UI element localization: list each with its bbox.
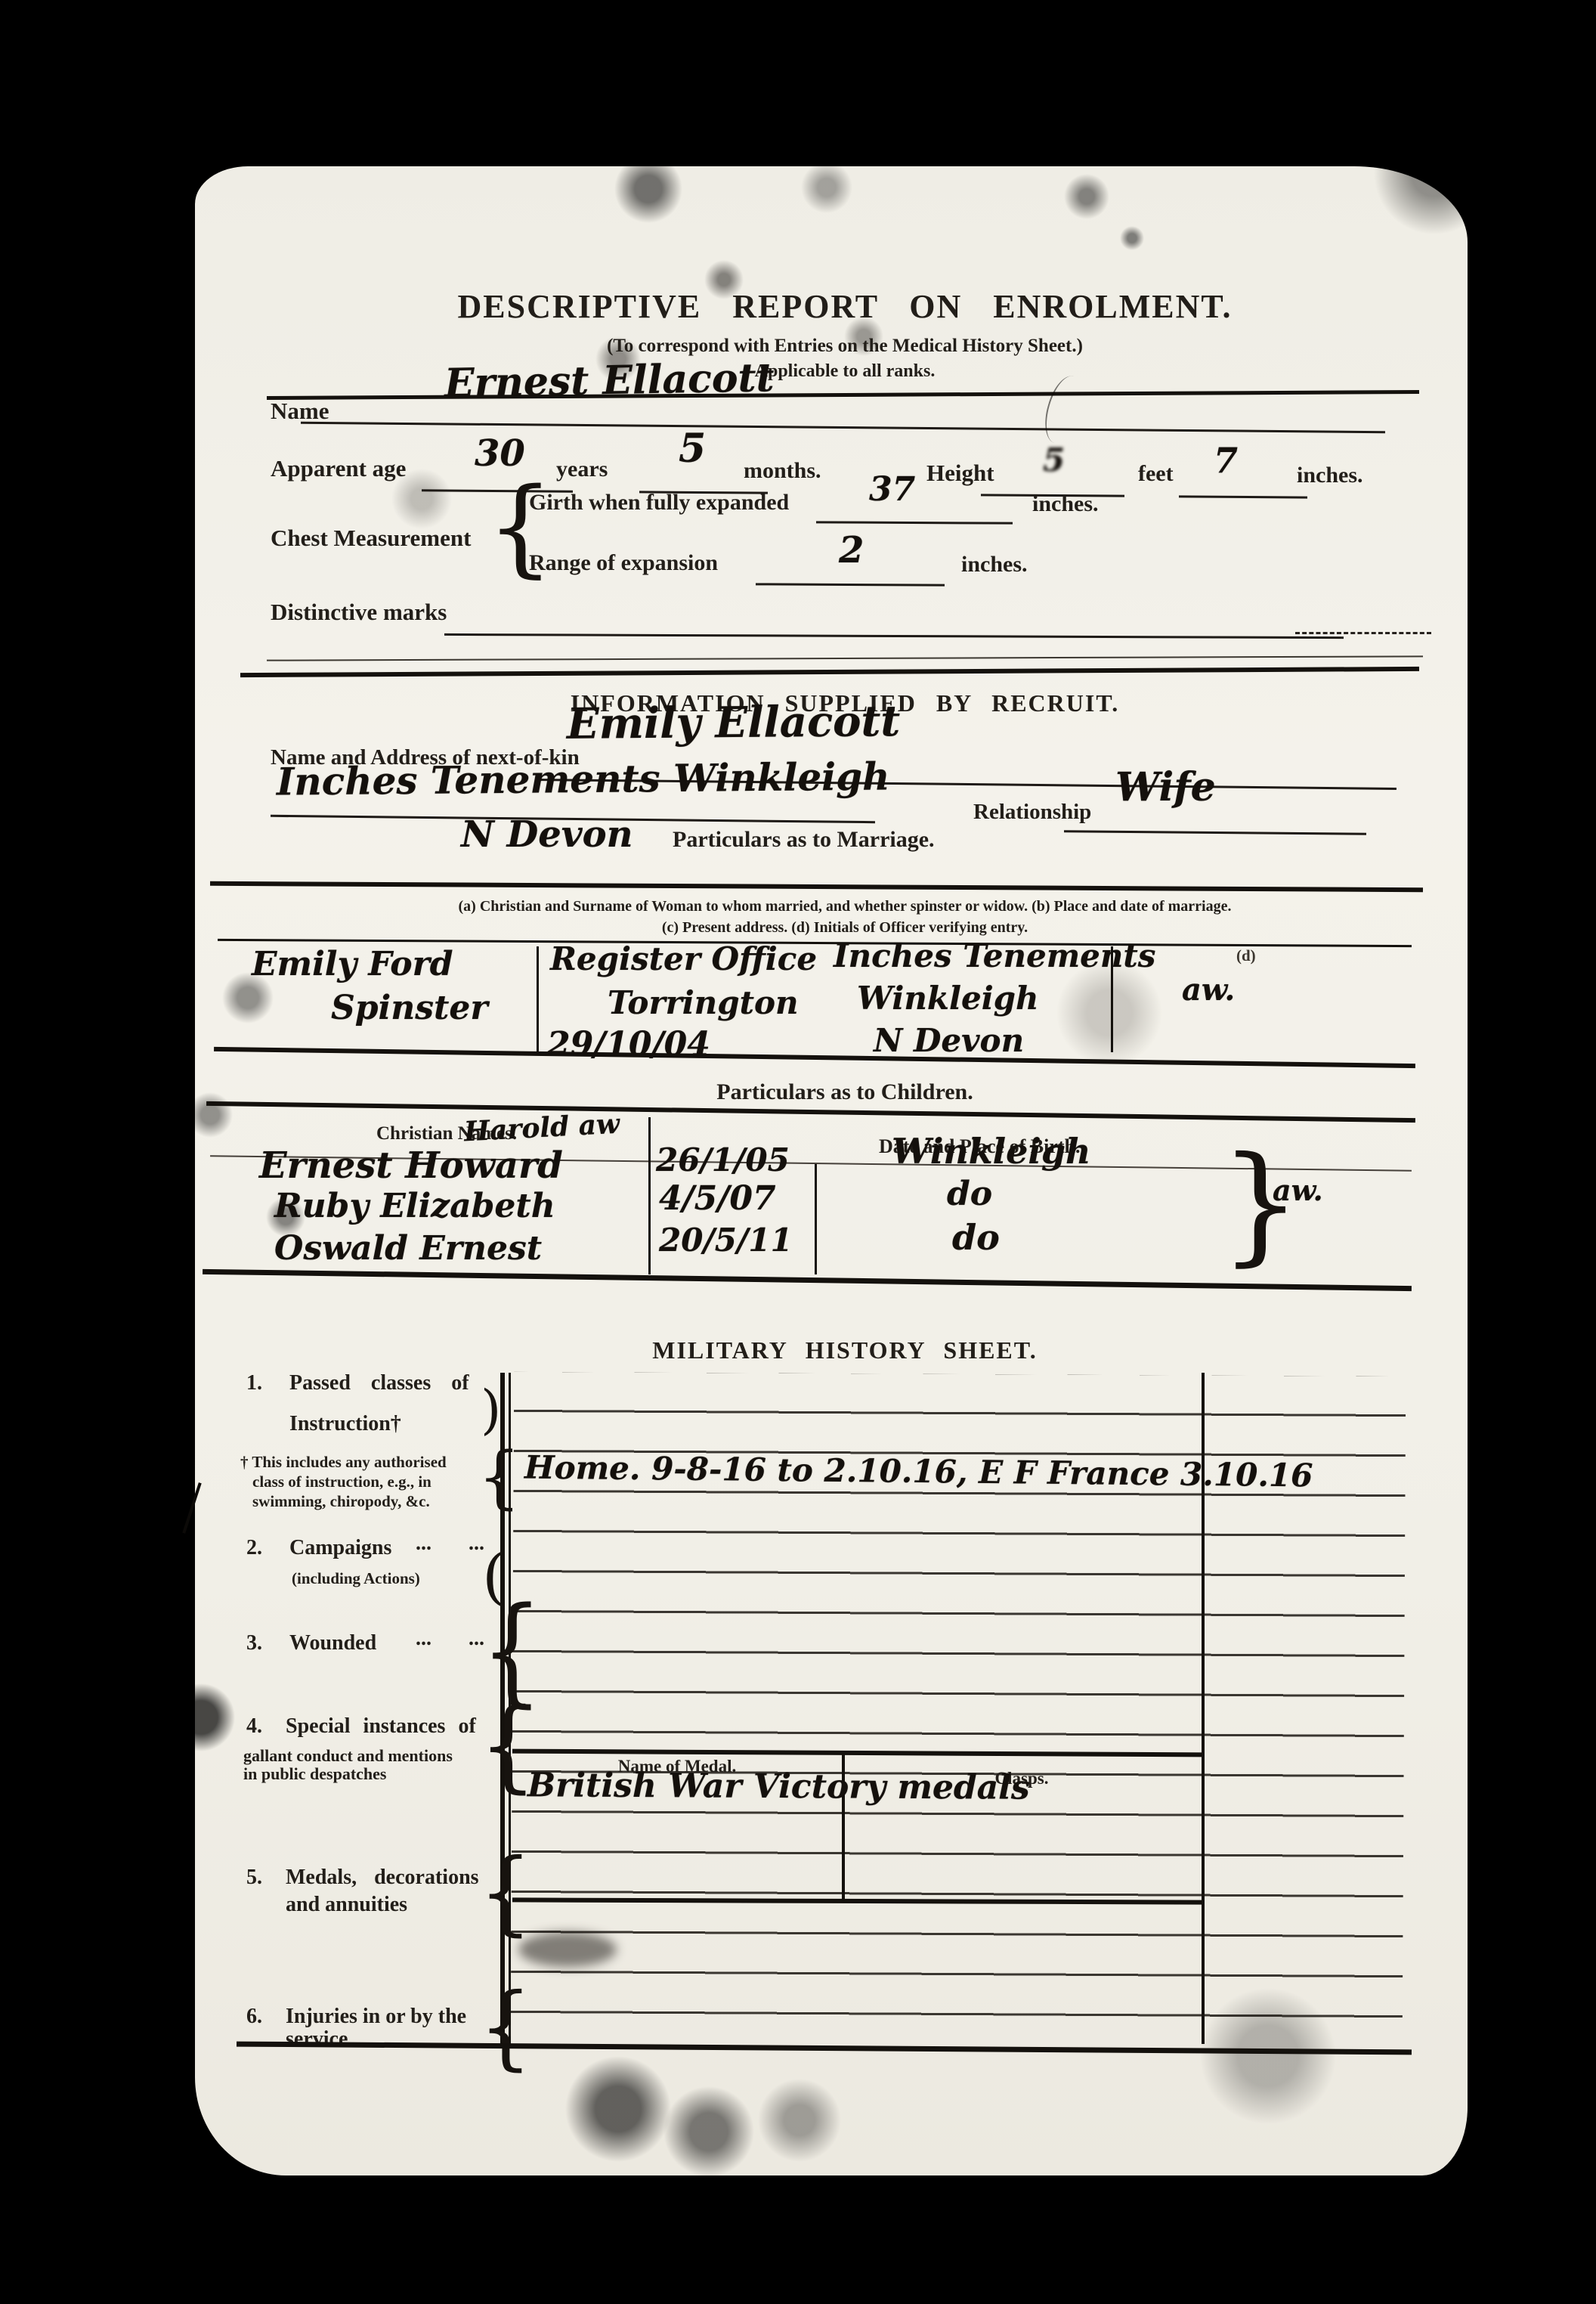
marriage-address3-handwritten: N Devon	[874, 1025, 1024, 1057]
child-row-1-date-handwritten: 26/1/05	[656, 1144, 790, 1176]
months-unit-label: months.	[744, 458, 821, 484]
child-row-3-place-handwritten: do	[952, 1220, 1000, 1255]
girth-label: Girth when fully expanded	[529, 490, 789, 516]
child-row-2-date-handwritten: 4/5/07	[659, 1182, 776, 1215]
military-item1-line2: Instruction†	[289, 1412, 401, 1436]
relationship-label: Relationship	[973, 800, 1091, 825]
child-row-1-name-handwritten: Ernest Howard	[259, 1147, 563, 1184]
military-item1-note-line2: class of instruction, e.g., in	[252, 1473, 431, 1491]
military-item2-number: 2.	[246, 1536, 262, 1560]
marriage-heading: Particulars as to Marriage.	[673, 827, 935, 853]
child-row-2-place-handwritten: do	[947, 1178, 992, 1211]
military-item6-line2: service	[286, 2027, 348, 2052]
military-item2-label: Campaigns	[289, 1536, 391, 1560]
relationship-underline	[1064, 830, 1366, 835]
military-item3-label: Wounded	[289, 1631, 376, 1655]
marriage-d-column-label: (d)	[1236, 946, 1256, 965]
military-item5-brace: {	[479, 1847, 532, 1938]
marriage-divider-a	[537, 946, 539, 1052]
military-item2-sub: (including Actions)	[292, 1569, 420, 1588]
military-item5-number: 5.	[246, 1866, 262, 1890]
screenshot-root: { "header": { "title": "DESCRIPTIVE REPO…	[0, 0, 1596, 2304]
child-row-2-name-handwritten: Ruby Elizabeth	[274, 1190, 555, 1223]
age-months-value-handwritten: 5	[679, 429, 706, 469]
marriage-woman-name-handwritten: Emily Ford	[252, 948, 453, 981]
apparent-age-label: Apparent age	[271, 455, 406, 482]
marriage-place2-handwritten: Torrington	[608, 987, 799, 1019]
military-item6-brace: {	[479, 1981, 532, 2073]
child-row-3-name-handwritten: Oswald Ernest	[274, 1232, 542, 1265]
height-feet-value-handwritten: 5	[1043, 444, 1065, 476]
next-of-kin-name-handwritten: Emily Ellacott	[567, 700, 901, 745]
margin-pen-mark	[182, 1482, 201, 1534]
military-item6-line1: Injuries in or by the	[286, 2005, 466, 2029]
children-correction-handwritten: Harold aw	[463, 1110, 620, 1146]
rule-header	[267, 390, 1419, 400]
height-label: Height	[926, 460, 994, 487]
expansion-value-handwritten: 2	[839, 532, 864, 568]
girth-underline	[816, 521, 1013, 524]
chest-measurement-label: Chest Measurement	[271, 525, 471, 552]
rule-marriage-bottom	[214, 1047, 1415, 1068]
ink-smudge	[518, 1932, 617, 1967]
marriage-woman-status-handwritten: Spinster	[331, 992, 488, 1025]
military-item4-line1: Special instances of	[286, 1714, 476, 1739]
military-item6-number: 6.	[246, 2005, 262, 2029]
military-item5-line1: Medals, decorations	[286, 1866, 479, 1890]
rule-marriage-top	[210, 881, 1423, 892]
child-row-3-date-handwritten: 20/5/11	[659, 1225, 793, 1256]
margin-dash-line	[1295, 632, 1431, 634]
document-title: DESCRIPTIVE REPORT ON ENROLMENT.	[293, 287, 1396, 326]
document-paper: DESCRIPTIVE REPORT ON ENROLMENT. (To cor…	[195, 166, 1468, 2175]
military-item1-line1: Passed classes of	[289, 1371, 469, 1395]
document-subtitle-1: (To correspond with Entries on the Medic…	[293, 336, 1396, 357]
inches-unit-label: inches.	[1297, 463, 1363, 488]
feet-unit-label: feet	[1138, 461, 1174, 487]
military-item3-number: 3.	[246, 1631, 262, 1655]
military-item3-dots1: ...	[416, 1627, 431, 1651]
military-section-title: MILITARY HISTORY SHEET.	[293, 1336, 1396, 1364]
military-item2-dots1: ...	[416, 1531, 431, 1556]
expansion-underline	[756, 583, 945, 586]
years-unit-label: years	[556, 457, 608, 482]
military-item4-sub-line2: in public despatches	[243, 1764, 387, 1784]
name-underline	[301, 422, 1385, 434]
distinctive-marks-label: Distinctive marks	[271, 599, 447, 626]
military-item1-number: 1.	[246, 1371, 262, 1395]
expansion-label: Range of expansion	[529, 550, 718, 576]
military-item1-brace: )	[481, 1383, 501, 1436]
marriage-place1-handwritten: Register Office	[550, 943, 817, 975]
girth-unit-label: inches.	[1032, 491, 1099, 517]
height-inches-underline	[1179, 495, 1307, 498]
marriage-note-2: (c) Present address. (d) Initials of Off…	[293, 919, 1396, 937]
children-officer-initials-handwritten: aw.	[1273, 1176, 1323, 1205]
medal-entry-handwritten: British War Victory medals	[527, 1769, 1030, 1804]
relationship-value-handwritten: Wife	[1115, 768, 1216, 807]
military-item1-note-line1: † This includes any authorised	[240, 1453, 447, 1472]
marriage-address1-handwritten: Inches Tenements	[834, 940, 1155, 972]
rule-bottom	[237, 2042, 1412, 2055]
next-of-kin-address2-handwritten: N Devon	[461, 816, 633, 853]
children-divider-1	[648, 1117, 651, 1274]
military-item4-number: 4.	[246, 1714, 262, 1739]
pen-stroke-artifact	[1038, 372, 1090, 448]
military-item5-line2: and annuities	[286, 1893, 407, 1917]
rule-section-1	[240, 667, 1419, 677]
military-item1-note-brace: {	[478, 1444, 521, 1512]
campaigns-entry-handwritten: Home. 9-8-16 to 2.10.16, E F France 3.10…	[524, 1452, 1313, 1492]
name-value-handwritten: Ernest Ellacott	[444, 358, 775, 404]
name-label: Name	[271, 398, 329, 425]
military-item1-note-line3: swimming, chiropody, &c.	[252, 1492, 430, 1511]
marriage-officer-initials-handwritten: aw.	[1182, 975, 1235, 1005]
rule-thin-marks	[267, 655, 1423, 661]
girth-value-handwritten: 37	[869, 473, 915, 506]
distinctive-marks-underline	[444, 633, 1344, 639]
children-section-title: Particulars as to Children.	[293, 1079, 1396, 1105]
height-inches-value-handwritten: 7	[1214, 443, 1238, 478]
child-row-1-place-handwritten: Winkleigh	[892, 1134, 1090, 1169]
marriage-note-1: (a) Christian and Surname of Woman to wh…	[293, 898, 1396, 915]
marriage-address2-handwritten: Winkleigh	[857, 983, 1039, 1014]
expansion-unit-label: inches.	[961, 552, 1028, 578]
children-divider-2	[815, 1164, 817, 1274]
military-item4-sub-line1: gallant conduct and mentions	[243, 1746, 453, 1766]
next-of-kin-address1-handwritten: Inches Tenements Winkleigh	[277, 757, 890, 801]
